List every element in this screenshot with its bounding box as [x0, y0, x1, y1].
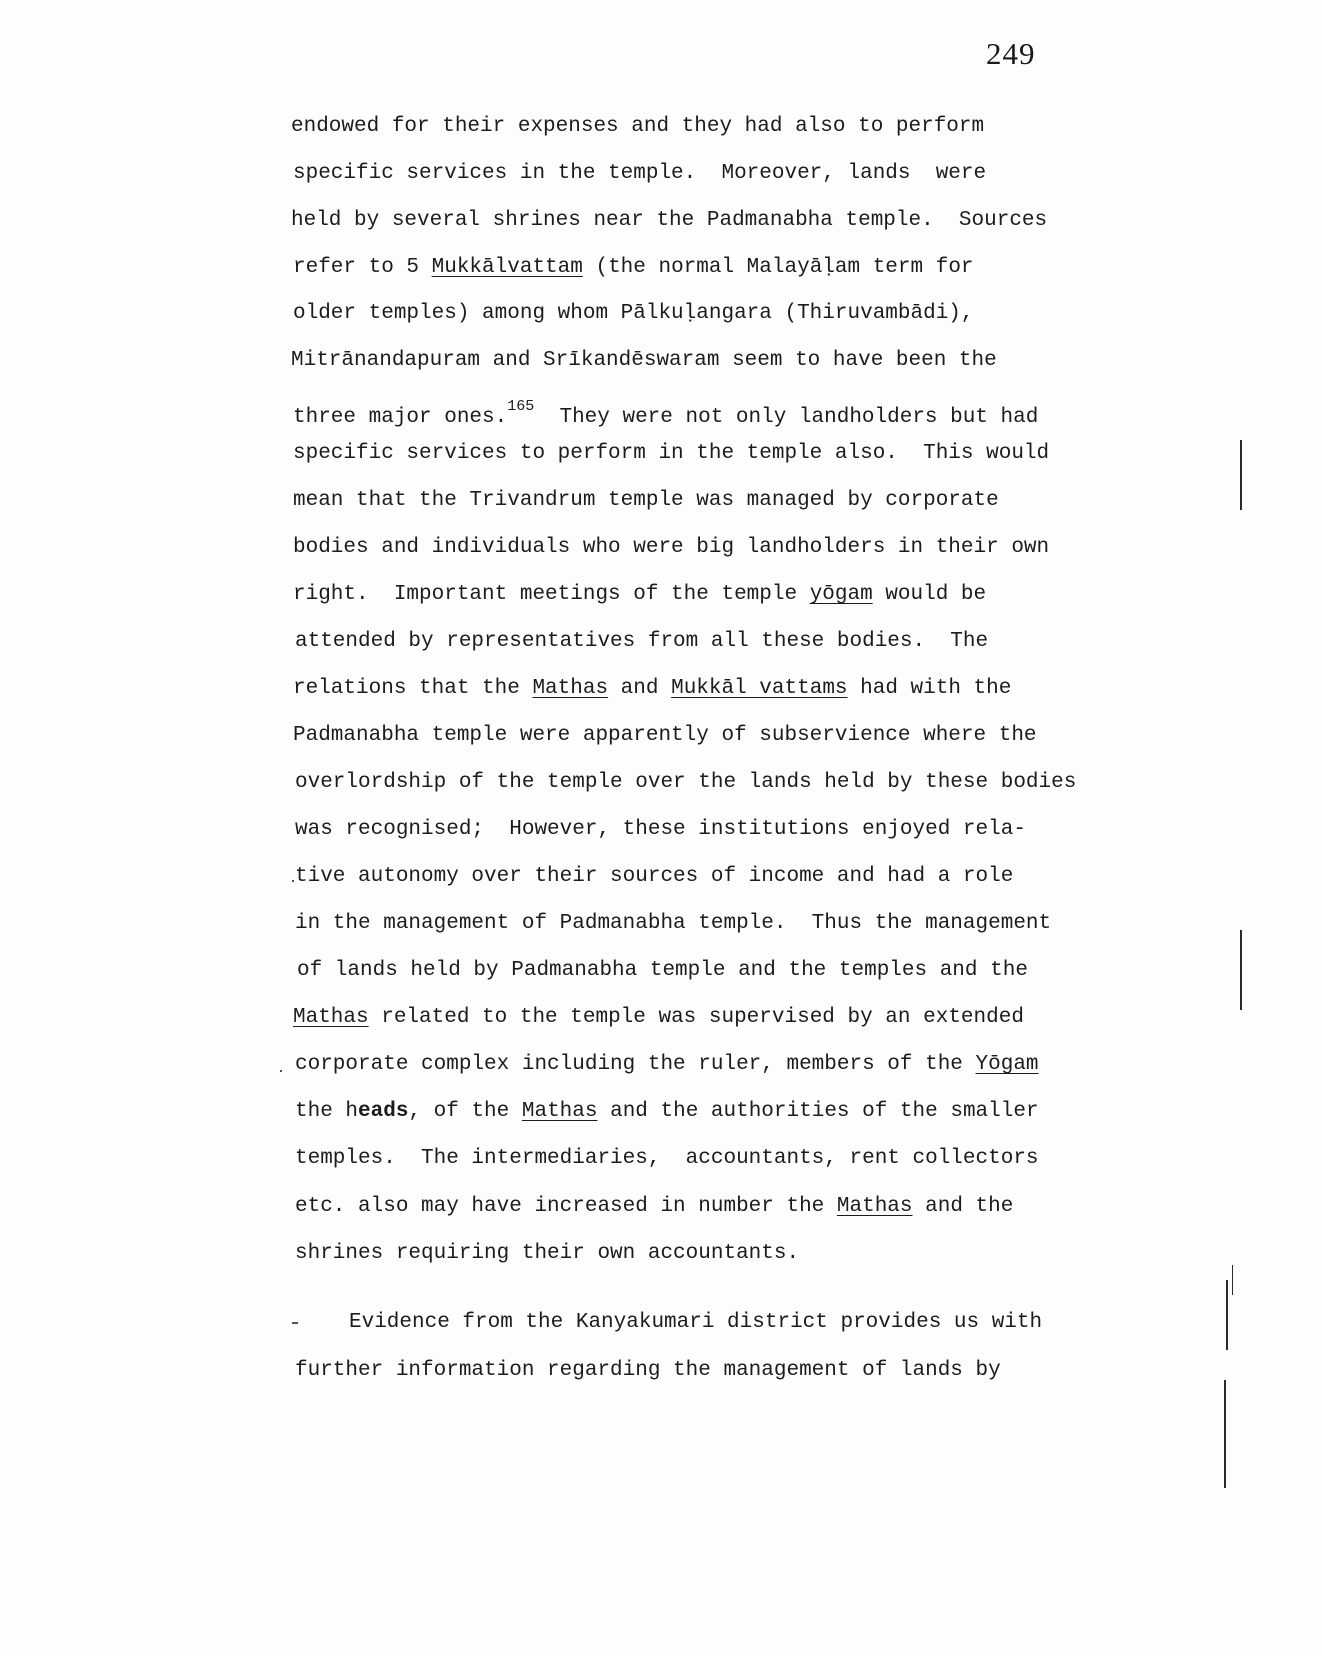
text-segment: corporate complex including the ruler, m… [295, 1053, 976, 1076]
text-segment: tive autonomy over their sources of inco… [295, 865, 1013, 888]
text-line: corporate complex including the ruler, m… [295, 1052, 1039, 1078]
scan-speck [280, 1070, 282, 1072]
text-segment: specific services to perform in the temp… [293, 442, 1049, 465]
text-segment: Padmanabha temple were apparently of sub… [293, 724, 1037, 747]
text-line: tive autonomy over their sources of inco… [295, 864, 1013, 890]
scan-speck [292, 880, 294, 882]
text-segment: further information regarding the manage… [295, 1359, 1001, 1382]
scan-margin-mark [1240, 930, 1242, 1010]
text-line: further information regarding the manage… [295, 1358, 1001, 1384]
text-segment: the h [295, 1100, 358, 1123]
text-segment: (the normal Malayāḷam term for [583, 256, 974, 279]
text-line: three major ones.165 They were not only … [293, 394, 1038, 431]
text-segment: three major ones. [293, 406, 507, 429]
text-line: relations that the Mathas and Mukkāl vat… [293, 676, 1011, 702]
text-segment: relations that the [293, 677, 532, 700]
text-line: older temples) among whom Pālkuḷangara (… [293, 301, 974, 327]
text-segment: endowed for their expenses and they had … [291, 115, 984, 138]
text-segment: and the authorities of the smaller [597, 1100, 1038, 1123]
text-segment: attended by representatives from all the… [295, 630, 988, 653]
scan-speck [292, 1322, 298, 1324]
underlined-term: Mukkālvattam [432, 256, 583, 279]
text-line: Mathas related to the temple was supervi… [293, 1005, 1024, 1031]
text-line: temples. The intermediaries, accountants… [295, 1146, 1039, 1172]
underlined-term: Mukkāl vattams [671, 677, 847, 700]
text-segment: Mitrānandapuram and Srīkandēswaram seem … [291, 349, 997, 372]
text-line: shrines requiring their own accountants. [295, 1241, 799, 1267]
underlined-term: Yōgam [976, 1053, 1039, 1076]
scan-margin-mark [1224, 1380, 1226, 1488]
text-line: etc. also may have increased in number t… [295, 1194, 1013, 1220]
page-number: 249 [986, 36, 1036, 72]
text-segment: would be [873, 583, 986, 606]
text-line: specific services in the temple. Moreove… [293, 161, 986, 187]
text-segment: They were not only landholders but had [534, 406, 1038, 429]
text-segment: right. Important meetings of the temple [293, 583, 810, 606]
text-segment: was recognised; However, these instituti… [295, 818, 1026, 841]
text-segment: held by several shrines near the Padmana… [291, 209, 1047, 232]
text-line: mean that the Trivandrum temple was mana… [293, 488, 999, 514]
text-segment: related to the temple was supervised by … [369, 1006, 1024, 1029]
text-line: of lands held by Padmanabha temple and t… [297, 958, 1028, 984]
underlined-term: Mathas [532, 677, 608, 700]
text-line: Padmanabha temple were apparently of sub… [293, 723, 1037, 749]
text-segment: in the management of Padmanabha temple. … [295, 912, 1051, 935]
text-segment: bodies and individuals who were big land… [293, 536, 1049, 559]
text-line: refer to 5 Mukkālvattam (the normal Mala… [293, 255, 974, 281]
text-line: was recognised; However, these instituti… [295, 817, 1026, 843]
text-line: in the management of Padmanabha temple. … [295, 911, 1051, 937]
text-line: attended by representatives from all the… [295, 629, 988, 655]
scan-margin-mark [1240, 440, 1242, 510]
text-line: endowed for their expenses and they had … [291, 114, 984, 140]
text-segment: refer to 5 [293, 256, 432, 279]
text-line: Mitrānandapuram and Srīkandēswaram seem … [291, 348, 997, 374]
underlined-term: Mathas [522, 1100, 598, 1123]
text-segment: specific services in the temple. Moreove… [293, 162, 986, 185]
text-line: overlordship of the temple over the land… [295, 770, 1076, 796]
text-segment: eads [358, 1100, 408, 1123]
scan-margin-mark [1226, 1280, 1228, 1350]
text-segment: shrines requiring their own accountants. [295, 1242, 799, 1265]
text-line: right. Important meetings of the temple … [293, 582, 986, 608]
text-line: the heads, of the Mathas and the authori… [295, 1099, 1039, 1125]
underlined-term: Mathas [837, 1195, 913, 1218]
text-segment: of lands held by Padmanabha temple and t… [297, 959, 1028, 982]
text-line: bodies and individuals who were big land… [293, 535, 1049, 561]
underlined-term: Mathas [293, 1006, 369, 1029]
text-segment: had with the [848, 677, 1012, 700]
text-line: held by several shrines near the Padmana… [291, 208, 1047, 234]
text-segment: overlordship of the temple over the land… [295, 771, 1076, 794]
text-segment: older temples) among whom Pālkuḷangara (… [293, 302, 974, 325]
text-segment: etc. also may have increased in number t… [295, 1195, 837, 1218]
text-segment: and [608, 677, 671, 700]
underlined-term: yōgam [810, 583, 873, 606]
text-segment: mean that the Trivandrum temple was mana… [293, 489, 999, 512]
footnote-reference: 165 [507, 398, 534, 415]
scanned-page: 249 endowed for their expenses and they … [0, 0, 1322, 1656]
text-segment: and the [913, 1195, 1014, 1218]
scan-margin-mark [1232, 1265, 1233, 1295]
text-segment: , of the [408, 1100, 521, 1123]
text-segment: Evidence from the Kanyakumari district p… [349, 1311, 1042, 1334]
text-segment: temples. The intermediaries, accountants… [295, 1147, 1039, 1170]
text-line: specific services to perform in the temp… [293, 441, 1049, 467]
text-line: Evidence from the Kanyakumari district p… [349, 1310, 1042, 1336]
